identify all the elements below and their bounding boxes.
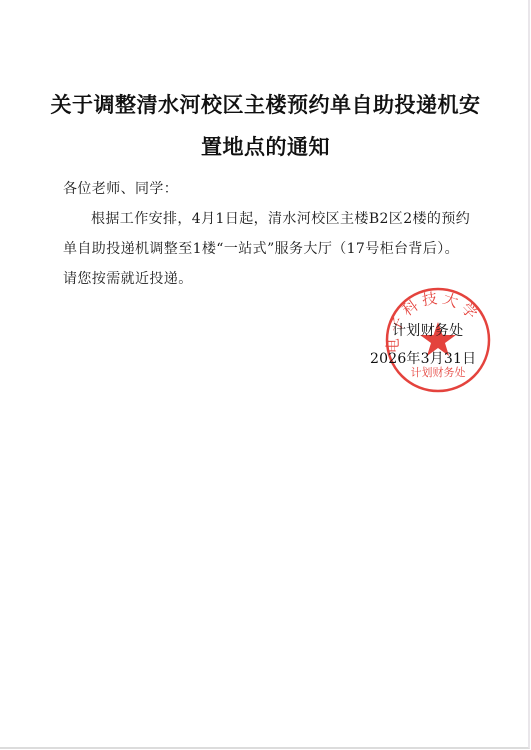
notice-title-line-2: 置地点的通知 (0, 131, 531, 161)
paragraph-line-3: 请您按需就近投递。 (63, 268, 193, 288)
paragraph-line-2: 单自助投递机调整至1楼“一站式”服务大厅（17号柜台背后）。 (63, 238, 459, 258)
document-page: 关于调整清水河校区主楼预约单自助投递机安 置地点的通知 各位老师、同学： 根据工… (0, 0, 530, 749)
official-seal: 电子科技大学 计划财务处 (384, 286, 492, 394)
greeting: 各位老师、同学： (63, 178, 178, 198)
paragraph-line-1: 根据工作安排，4月1日起，清水河校区主楼B2区2楼的预约 (91, 208, 470, 228)
notice-date: 2026年3月31日 (370, 348, 476, 368)
signer-department: 计划财务处 (392, 320, 464, 340)
notice-title-line-1: 关于调整清水河校区主楼预约单自助投递机安 (0, 89, 531, 119)
